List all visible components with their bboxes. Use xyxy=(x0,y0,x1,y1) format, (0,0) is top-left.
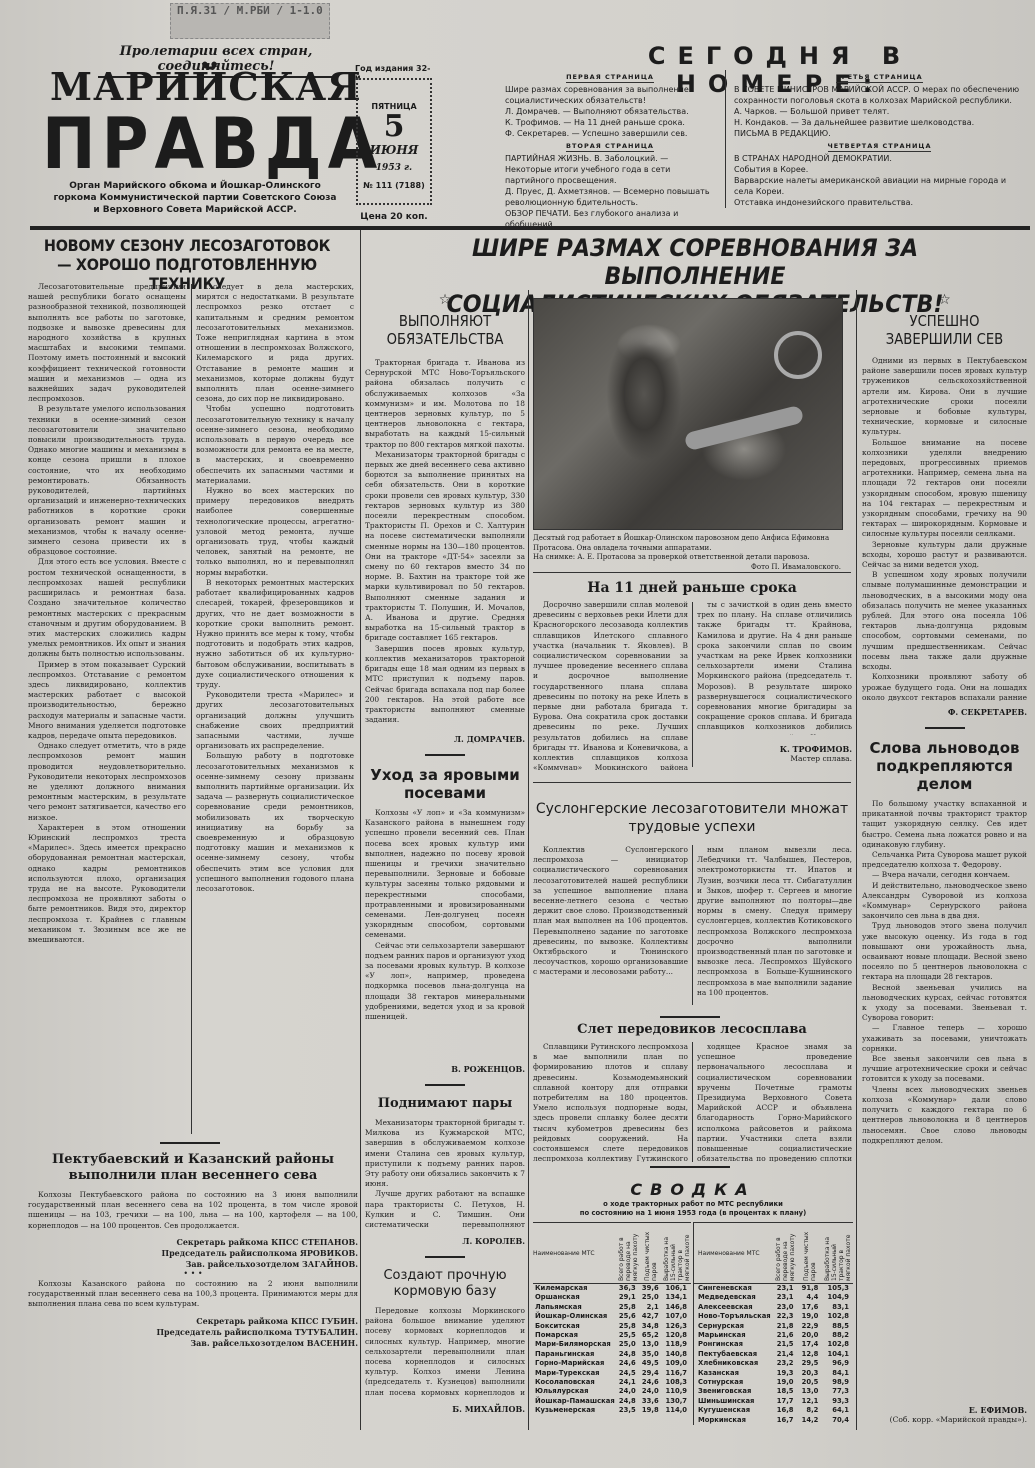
care-headline: Уход за яровыми посевами xyxy=(365,766,525,802)
table-row: Горно-Марийская24,649,5109,0 xyxy=(533,1359,691,1368)
contents-left: ПЕРВАЯ СТРАНИЦА Шире размах соревнования… xyxy=(505,70,715,230)
fallow-signature: Л. КОРОЛЕВ. xyxy=(365,1236,525,1246)
star-icon: ☆ xyxy=(862,292,1027,308)
svodka-table: Наименование МТС Всего работ в переводе … xyxy=(533,1222,853,1425)
fulfil-body: Тракторная бригада т. Иванова из Сернурс… xyxy=(365,358,525,728)
care-body: Колхозы «У лоп» и «За коммунизм» Казанск… xyxy=(365,808,525,1058)
photo-caption: Десятый год работает в Йошкар-Олинском п… xyxy=(533,534,841,572)
contents-item: ПАРТИЙНАЯ ЖИЗНЬ. В. Заболоцкий. — Некото… xyxy=(505,153,715,186)
table-row: Казанская19,320,384,1 xyxy=(694,1369,854,1378)
rally-col2: ходящее Красное знамя за успешное провед… xyxy=(697,1042,852,1162)
photo-depot-worker xyxy=(533,298,843,530)
table-row: Кугушенская16,88,264,1 xyxy=(694,1406,854,1415)
table-row: Бокситская25,834,8126,3 xyxy=(533,1322,691,1331)
timber-col2: ...следует в дела мастерских, мирятся с … xyxy=(196,282,354,1137)
contents-item: К. Трофимов. — На 11 дней раньше срока. xyxy=(505,117,715,128)
contents-item: В СОВЕТЕ МИНИСТРОВ МАРИЙСКОЙ АССР. О мер… xyxy=(734,84,1025,106)
table-row: Йошкар-Памашская24,833,6130,7 xyxy=(533,1397,691,1406)
table-row: Шиньшинская17,712,193,3 xyxy=(694,1397,854,1406)
rally-headline: Слет передовиков лесосплава xyxy=(533,1022,851,1038)
column-divider xyxy=(191,284,192,1134)
svodka-subtitle: о ходе тракторных работ по МТС республик… xyxy=(533,1200,853,1218)
table-row: Медведевская23,14,4104,9 xyxy=(694,1293,854,1302)
table-row: Килемарская36,339,6106,1 xyxy=(533,1284,691,1294)
date-box: ПЯТНИЦА 5 ИЮНЯ 1953 г. № 111 (7188) xyxy=(356,78,432,205)
eleven-days-col1: Досрочно завершили сплав молевой древеси… xyxy=(533,600,688,770)
contents-item: Л. Домрачев. — Выполняют обязательства. xyxy=(505,106,715,117)
table-row: Сотнурская19,020,598,9 xyxy=(694,1378,854,1387)
table-row: Мари-Биляморская25,013,0118,9 xyxy=(533,1340,691,1349)
column-divider xyxy=(856,290,857,1430)
column-divider xyxy=(528,290,529,1430)
timber-col1: Лесозаготовительные предприятия нашей ре… xyxy=(28,282,186,1137)
table-row: Параньгинская24,835,0140,8 xyxy=(533,1350,691,1359)
table-row: Оршанская29,125,0134,1 xyxy=(533,1293,691,1302)
table-row: Кузьменерская23,519,8114,0 xyxy=(533,1406,691,1415)
svodka-table-right: Наименование МТС Всего работ в переводе … xyxy=(693,1222,853,1425)
sowing-done-article: ☆ УСПЕШНО ЗАВЕРШИЛИ СЕВ Одними из первых… xyxy=(862,292,1027,1424)
fodder-signature: Б. МИХАЙЛОВ. xyxy=(365,1404,525,1414)
table-row: Помарская25,565,2120,8 xyxy=(533,1331,691,1340)
table-row: Ронгинская21,517,4102,8 xyxy=(694,1340,854,1349)
fodder-body: Передовые колхозы Моркинского района бол… xyxy=(365,1306,525,1398)
day: 5 xyxy=(358,111,430,143)
suslonger-col1: Коллектив Суслонгерского леспромхоза — и… xyxy=(533,845,688,1005)
flax-headline: Слова льноводов подкрепляются делом xyxy=(862,739,1027,793)
table-row: Йошкар-Олинская25,642,7107,0 xyxy=(533,1312,691,1321)
fulfil-headline: ВЫПОЛНЯЮТ ОБЯЗАТЕЛЬСТВА xyxy=(375,312,516,348)
price: Цена 20 коп. xyxy=(356,212,432,222)
sowing-done-signature: Ф. СЕКРЕТАРЕВ. xyxy=(862,707,1027,717)
table-row: Сернурская21,822,988,5 xyxy=(694,1322,854,1331)
fulfil-article: ☆ ВЫПОЛНЯЮТ ОБЯЗАТЕЛЬСТВА Тракторная бри… xyxy=(365,292,525,1414)
table-row: Пектубаевская21,412,8104,1 xyxy=(694,1350,854,1359)
sowing-done-body: Одними из первых в Пектубаевском районе … xyxy=(862,356,1027,701)
table-row: Ново-Торъяльская22,319,0102,8 xyxy=(694,1312,854,1321)
fodder-headline: Создают прочную кормовую базу xyxy=(365,1268,525,1300)
contents-page-label: ТРЕТЬЯ СТРАНИЦА xyxy=(734,73,1025,81)
fallow-body: Механизаторы тракторной бригады т. Милко… xyxy=(365,1118,525,1230)
contents-item: Отставка индонезийского правительства. xyxy=(734,197,1025,208)
table-row: Косолаповская24,124,6108,3 xyxy=(533,1378,691,1387)
eleven-days-headline: На 11 дней раньше срока xyxy=(533,580,851,596)
pektubaevo-body: Колхозы Пектубаевского района по состоян… xyxy=(28,1190,358,1430)
masthead-title-line2: ПРАВДА xyxy=(42,104,342,185)
table-row: Мари-Турекская24,529,4116,7 xyxy=(533,1369,691,1378)
table-row: Моркинская16,714,270,4 xyxy=(694,1416,854,1425)
contents-item: А. Чарков. — Большой привет телят. xyxy=(734,106,1025,117)
issue-number: № 111 (7188) xyxy=(358,181,430,190)
separator xyxy=(160,1142,220,1144)
fallow-headline: Поднимают пары xyxy=(365,1096,525,1112)
contents-item: События в Корее. xyxy=(734,164,1025,175)
star-icon: ☆ xyxy=(365,292,525,308)
masthead-organ: Орган Марийского обкома и Йошкар-Олинско… xyxy=(50,180,340,216)
eleven-days-signature: К. ТРОФИМОВ. xyxy=(697,744,852,754)
table-row: Хлебниковская23,229,596,9 xyxy=(694,1359,854,1368)
fulfil-signature: Л. ДОМРАЧЕВ. xyxy=(365,734,525,744)
contents-item: Ф. Секретарев. — Успешно завершили сев. xyxy=(505,128,715,139)
contents-item: Д. Пруес, Д. Ахметзянов. — Всемерно повы… xyxy=(505,186,715,208)
sowing-done-headline: УСПЕШНО ЗАВЕРШИЛИ СЕВ xyxy=(872,312,1017,348)
contents-page-label: ВТОРАЯ СТРАНИЦА xyxy=(505,142,715,150)
contents-item: В СТРАНАХ НАРОДНОЙ ДЕМОКРАТИИ. xyxy=(734,153,1025,164)
svodka-title: СВОДКА xyxy=(533,1180,853,1199)
contents-item: Шире размах соревнования за выполнение с… xyxy=(505,84,715,106)
masthead-rule xyxy=(30,226,1030,230)
library-stamp: П.Я.З1 / М.РБИ / 1-1.0 xyxy=(170,3,330,39)
table-row: Марьинская21,620,088,2 xyxy=(694,1331,854,1340)
table-row: Звениговская18,513,077,3 xyxy=(694,1387,854,1396)
suslonger-headline: Суслонгерские лесозаготовители множат тр… xyxy=(533,800,851,836)
contents-item: Варварские налеты американской авиации н… xyxy=(734,175,1025,197)
month: ИЮНЯ xyxy=(358,143,430,157)
table-row: Юльялурская24,024,0110,9 xyxy=(533,1387,691,1396)
eleven-days-col2: ты с зачисткой в один день вместо трех п… xyxy=(697,600,852,735)
column-divider xyxy=(360,230,361,1430)
flax-signature: Е. ЕФИМОВ. xyxy=(862,1405,1027,1415)
contents-page-label: ПЕРВАЯ СТРАНИЦА xyxy=(505,73,715,81)
masthead-title-line1: МАРИЙСКАЯ xyxy=(50,64,340,109)
rally-col1: Сплавщики Рутинского леспромхоза в мае в… xyxy=(533,1042,688,1162)
contents-right: ТРЕТЬЯ СТРАНИЦА В СОВЕТЕ МИНИСТРОВ МАРИЙ… xyxy=(725,70,1025,208)
contents-item: ПИСЬМА В РЕДАКЦИЮ. xyxy=(734,128,1025,139)
svodka-table-left: Наименование МТС Всего работ в переводе … xyxy=(533,1222,691,1416)
flax-body: По большому участку вспаханной и приката… xyxy=(862,799,1027,1399)
contents-page-label: ЧЕТВЕРТАЯ СТРАНИЦА xyxy=(734,142,1025,150)
year: 1953 г. xyxy=(358,163,430,173)
contents-item: Н. Кондаков. — За дальнейшее развитие ше… xyxy=(734,117,1025,128)
suslonger-col2: ным планом вывезли леса. Лебедчики тт. Ч… xyxy=(697,845,852,1005)
care-signature: В. РОЖЕНЦОВ. xyxy=(365,1064,525,1074)
pektubaevo-headline: Пектубаевский и Казанский районы выполни… xyxy=(28,1152,358,1184)
newspaper-page: П.Я.З1 / М.РБИ / 1-1.0 Пролетарии всех с… xyxy=(0,0,1035,1468)
table-row: Алексеевская23,017,683,1 xyxy=(694,1303,854,1312)
table-row: Сингеневская23,191,8105,3 xyxy=(694,1284,854,1294)
table-row: Лапьямская25,82,1146,8 xyxy=(533,1303,691,1312)
